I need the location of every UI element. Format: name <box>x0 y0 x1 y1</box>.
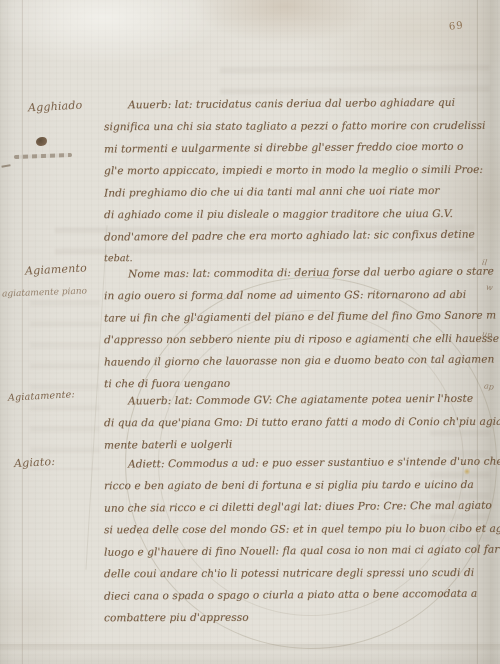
ink-blot <box>36 137 47 146</box>
manuscript-line: gl'e morto appiccato, impiedi e morto in… <box>104 159 486 182</box>
entry-text: Auuerb: lat: Commode GV: Che agiatamente… <box>104 389 500 455</box>
manuscript-line: Adiett: Commodus a ud: e puo esser susta… <box>104 450 500 475</box>
manuscript-line: ricco e ben agiato de beni di fortuna e … <box>104 474 500 497</box>
manuscript-line: combattere piu d'appresso <box>104 606 500 629</box>
manuscript-line: si uedea delle cose del mondo GS: et in … <box>104 518 500 541</box>
entry-headword: Agiato: <box>14 455 56 470</box>
manuscript-line: Auuerb: lat: Commode GV: Che agiatamente… <box>104 387 500 412</box>
manuscript-line: significa una chi sia stato tagliato a p… <box>104 115 486 138</box>
pen-mark: w <box>485 283 493 293</box>
manuscript-line: uno che sia ricco e ci diletti degl'agi … <box>104 494 500 519</box>
pen-mark: up <box>481 329 492 339</box>
folio-number: 69 <box>448 20 464 32</box>
manuscript-line: delle coui andare ch'io li potessi nutri… <box>104 562 500 585</box>
entry-text: Nome mas: lat: commodita di: deriua fors… <box>104 262 499 394</box>
entry-text: Adiett: Commodus a ud: e puo esser susta… <box>104 452 500 628</box>
ink-smudge <box>0 158 10 167</box>
entry-headword: Agiamento <box>25 261 88 277</box>
manuscript-line: Nome mas: lat: commodita di: deriua fors… <box>104 260 499 285</box>
manuscript-line: dieci cana o spada o spago o ciurla a pi… <box>104 582 500 607</box>
manuscript-line: in agio ouero si forma dal nome ad uimen… <box>104 284 499 307</box>
fold-line <box>22 0 23 664</box>
manuscript-line: tare ui fin che gl'agiamenti del piano e… <box>104 304 499 329</box>
manuscript-line: d'appresso non sebbero niente piu di rip… <box>104 328 499 351</box>
manuscript-line: luogo e gl'hauere di fino Nouell: fla qu… <box>104 538 500 563</box>
manuscript-line: hauendo il giorno che lauorasse non gia … <box>104 348 499 373</box>
manuscript-line: di aghiado come il piu disleale o maggio… <box>104 203 486 226</box>
manuscript-line: di qua da que'piana Gmo: Di tutto erano … <box>104 411 500 434</box>
manuscript-page: 69 Agghiado Auuerb: lat: trucidatus cani… <box>0 0 500 664</box>
manuscript-line: mi tormenti e uulgarmente si direbbe gl'… <box>104 136 486 161</box>
page-bottom-edge <box>0 644 500 664</box>
paper-sheen <box>0 0 260 90</box>
manuscript-line: Auuerb: lat: trucidatus canis deriua dal… <box>104 92 486 117</box>
manuscript-line: Indi preghiamo dio che ui dia tanti mal … <box>104 180 486 205</box>
bleed-through-text <box>30 300 100 470</box>
ink-smudge <box>14 153 72 159</box>
margin-gloss: agiatamente piano <box>2 287 87 300</box>
entry-text: Auuerb: lat: trucidatus canis deriua dal… <box>104 93 486 269</box>
manuscript-line: dond'amore del padre che era morto aghia… <box>104 224 486 249</box>
pen-mark: ap <box>483 381 494 391</box>
entry-headword: Agghiado <box>28 99 83 115</box>
entry-headword: Agiatamente: <box>8 389 75 403</box>
